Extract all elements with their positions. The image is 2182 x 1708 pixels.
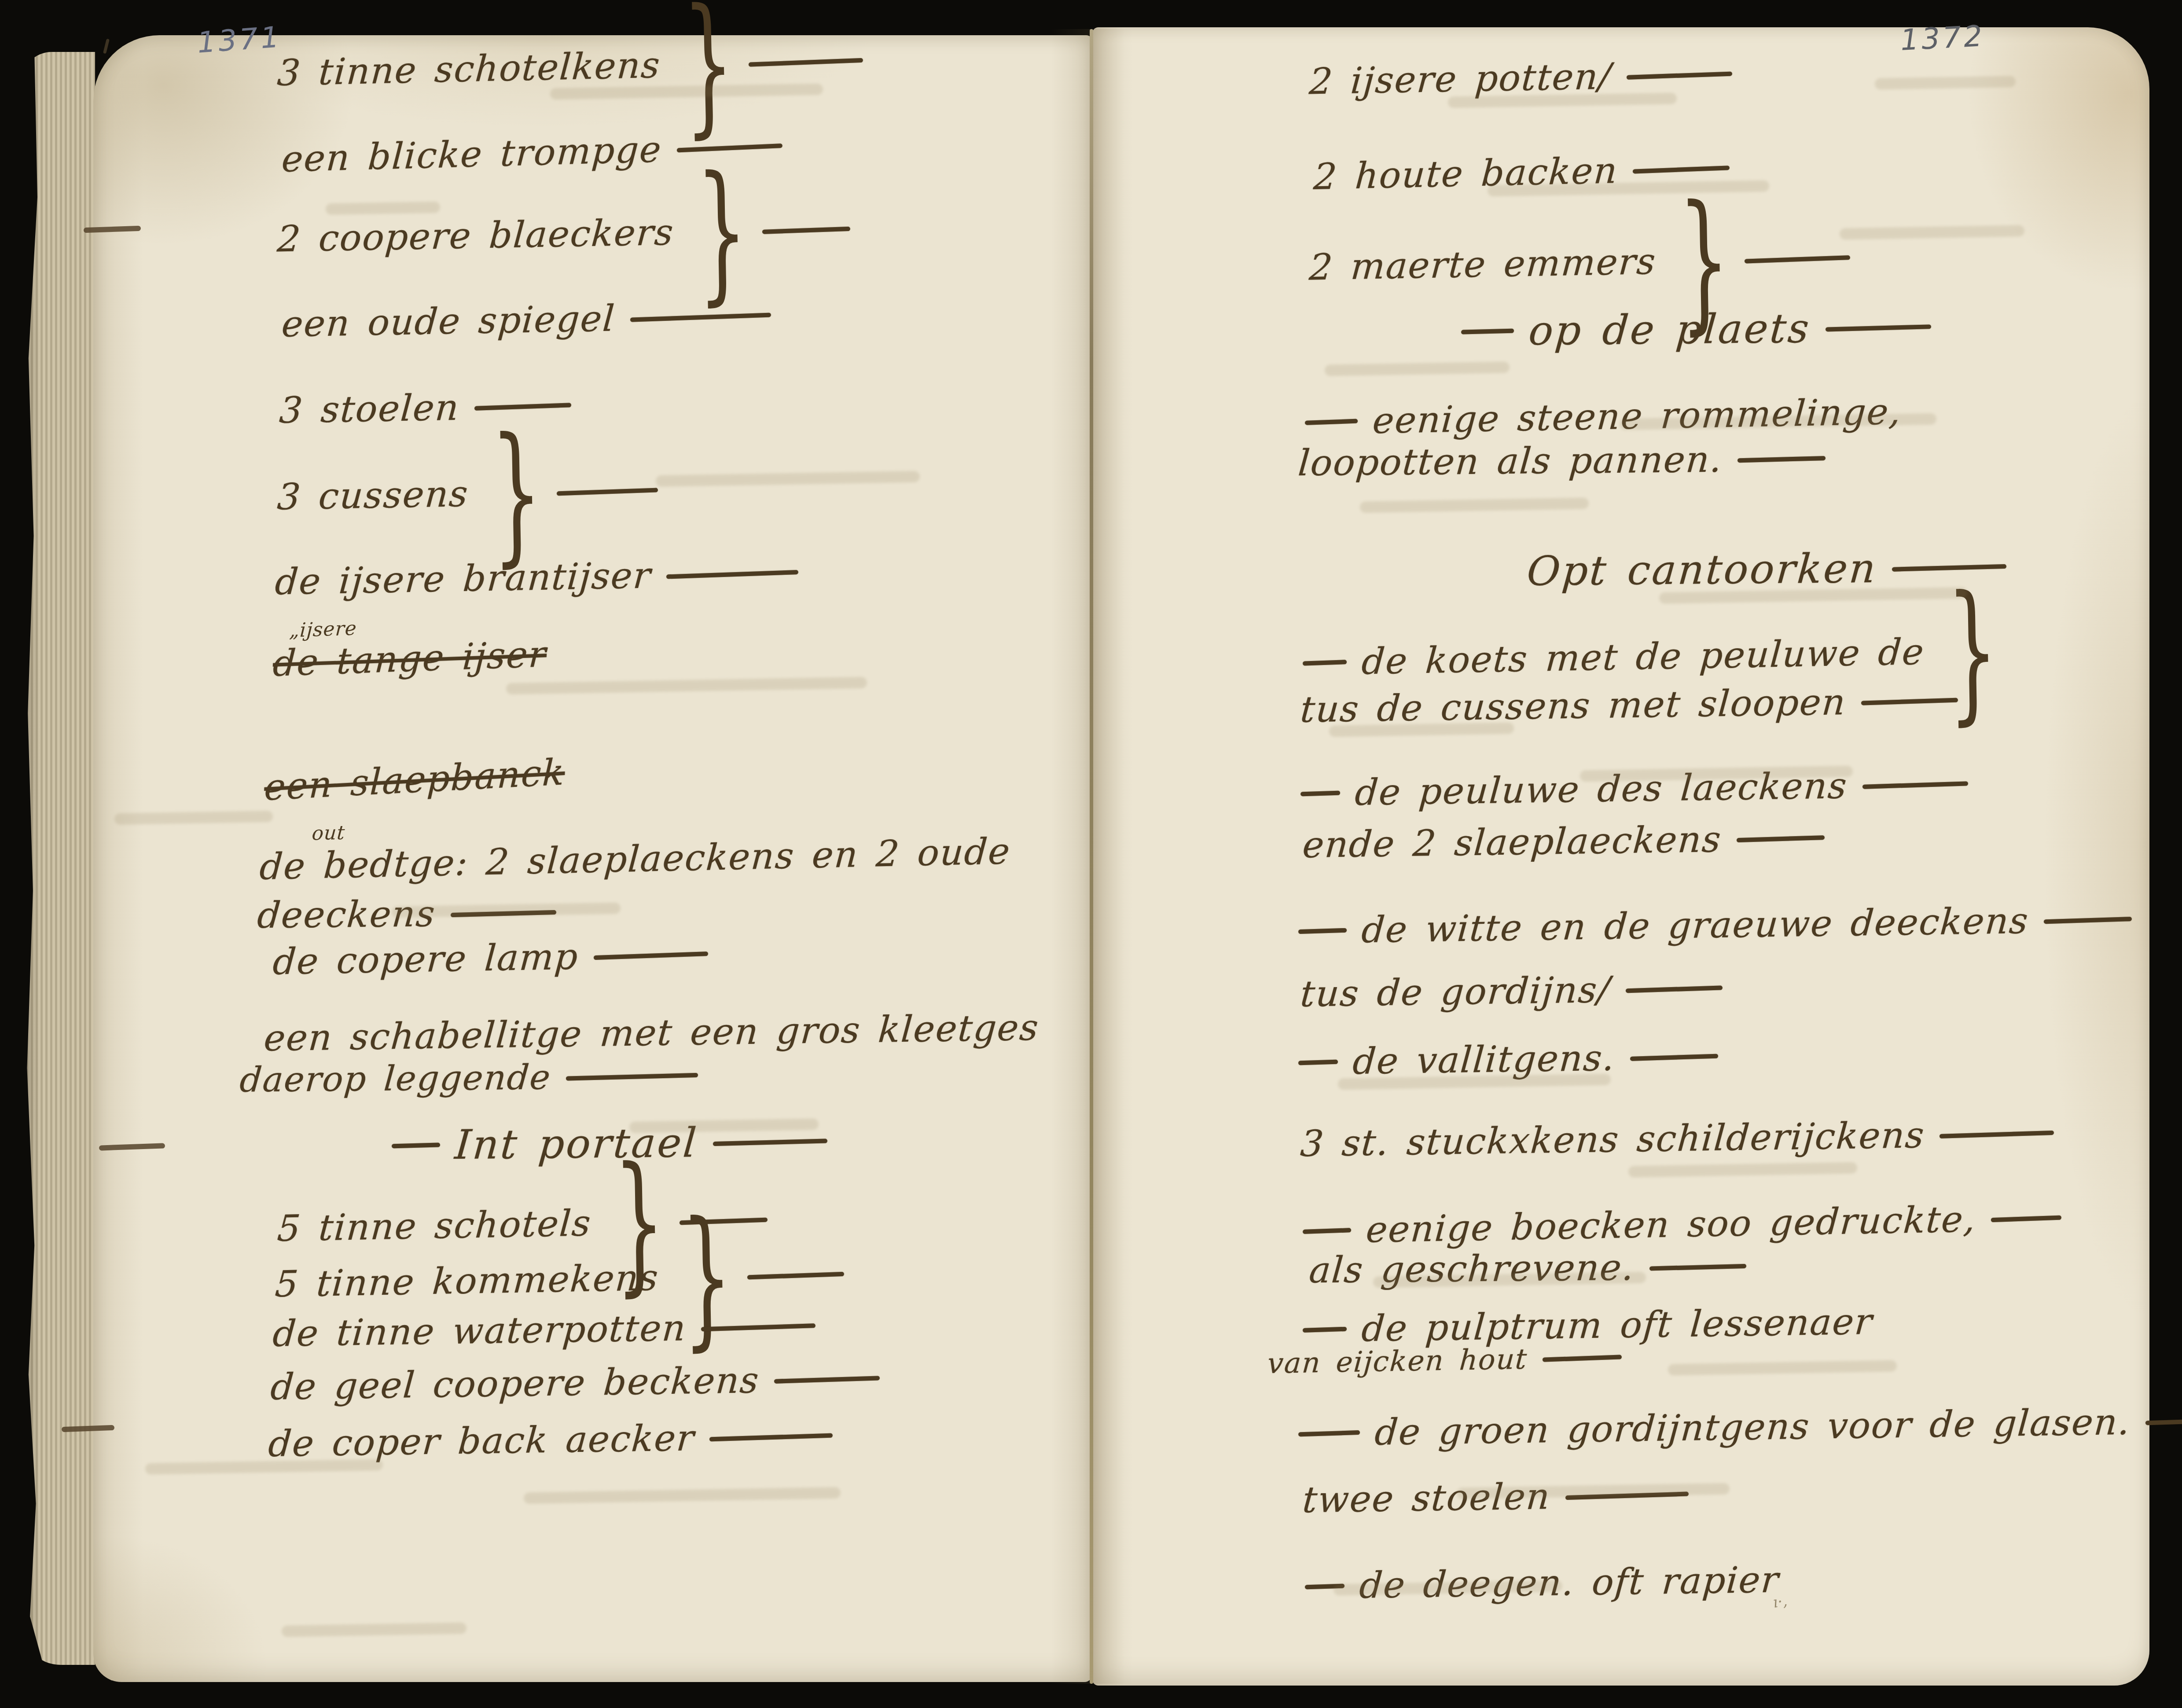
trailing-ink-dash — [1738, 456, 1826, 463]
line-text: de tinne waterpotten — [272, 1307, 688, 1355]
manuscript-line: een slaepbanck — [263, 751, 566, 809]
line-text: tus de gordijns/ — [1299, 969, 1613, 1015]
line-text: de geel coopere beckens — [269, 1359, 761, 1408]
line-text: de vallitgens. — [1352, 1037, 1617, 1083]
manuscript-line: als geschrevene. — [1309, 1246, 1747, 1292]
line-text: de peuluwe des laeckens — [1354, 765, 1849, 814]
manuscript-line: de geel coopere beckens — [270, 1358, 880, 1408]
line-text: de ijsere brantijser — [274, 555, 653, 603]
trailing-ink-dash — [747, 1271, 844, 1279]
manuscript-line: de peuluwe des laeckens — [1300, 763, 1968, 814]
trailing-ink-dash — [1627, 71, 1732, 79]
line-text: van eijcken hout — [1266, 1343, 1528, 1380]
manuscript-line: de koets met de peuluwe de} — [1302, 630, 1998, 684]
manuscript-line: de witte en de graeuwe deeckens — [1298, 899, 2132, 952]
manuscript-line: 2 maerte emmers} — [1309, 237, 1850, 288]
pen-tick-mark — [103, 39, 110, 54]
line-text: ende 2 slaeplaeckens — [1301, 819, 1723, 866]
trailing-ink-dash — [1861, 698, 1958, 705]
line-text: 5 tinne kommekens — [274, 1257, 660, 1305]
line-text: de coper back aecker — [267, 1417, 696, 1465]
manuscript-line: 5 tinne kommekens} — [275, 1254, 844, 1306]
grouping-brace: } — [697, 231, 747, 232]
book-gutter — [1090, 29, 1093, 1684]
line-text: 3 tinne schotelkens — [276, 44, 662, 94]
manuscript-line: de ijsere brantijser — [275, 552, 798, 603]
manuscript-line: van eijcken hout — [1267, 1341, 1622, 1380]
manuscript-line: Int portael — [392, 1118, 828, 1169]
line-text: de witte en de graeuwe deeckens — [1360, 900, 2031, 951]
trailing-ink-dash — [630, 312, 771, 322]
line-text: op de plaets — [1527, 305, 1812, 355]
manuscript-line: de groen gordijntgens voor de glasen. — [1298, 1399, 2182, 1455]
trailing-ink-dash — [701, 1323, 815, 1331]
leading-ink-dash — [1298, 1059, 1338, 1065]
interlinear-insertion: out — [311, 822, 346, 845]
manuscript-line: de deegen. oft rapier — [1304, 1559, 1779, 1607]
line-text: deeckens — [256, 893, 437, 937]
trailing-ink-dash — [1633, 165, 1730, 173]
trailing-ink-dash — [1745, 255, 1850, 263]
leading-ink-dash — [1303, 660, 1347, 665]
manuscript-line: de tange ijser„ijsere — [272, 633, 547, 685]
manuscript-line: daerop leggende — [240, 1056, 698, 1100]
manuscript-line: deeckens — [257, 892, 556, 937]
line-text: 2 ijsere potten/ — [1308, 55, 1613, 103]
line-text: een schabellitge met een gros kleetges — [263, 1007, 1041, 1060]
line-text: tus de cussens met sloopen — [1299, 681, 1848, 731]
line-text: een blicke trompge — [280, 129, 663, 180]
manuscript-line: 3 tinne schotelkens} — [277, 40, 863, 94]
line-text: de deegen. oft rapier — [1358, 1559, 1781, 1606]
grouping-brace: } — [1947, 651, 1998, 652]
line-text: Opt cantoorken — [1525, 545, 1879, 595]
grouping-brace: } — [492, 493, 542, 494]
manuscript-line: ende 2 slaeplaeckens — [1302, 817, 1825, 867]
manuscript-page-right: 2 ijsere potten/2 houte backen2 maerte e… — [1092, 27, 2149, 1686]
page-number-left: 1371 — [196, 20, 283, 59]
trailing-ink-dash — [1630, 1054, 1718, 1061]
trailing-ink-dash — [1736, 835, 1824, 842]
manuscript-line: 2 ijsere potten/ — [1309, 54, 1733, 103]
manuscript-line: 3 cussens} — [277, 470, 658, 518]
trailing-ink-dash — [1649, 1264, 1746, 1271]
manuscript-line: de tinne waterpotten — [272, 1305, 816, 1355]
trailing-ink-dash — [713, 1139, 827, 1146]
trailing-ink-dash — [1826, 324, 1931, 331]
trailing-ink-dash — [1626, 985, 1723, 993]
manuscript-line: twee stoelen — [1302, 1474, 1689, 1521]
manuscript-line: Opt cantoorken — [1527, 544, 2007, 595]
trailing-ink-dash — [709, 1433, 833, 1441]
leading-ink-dash — [1303, 1228, 1351, 1234]
manuscript-line: 2 coopere blaeckers} — [277, 209, 851, 261]
trailing-ink-dash — [557, 488, 658, 496]
manuscript-line: de coper back aecker — [268, 1415, 833, 1465]
line-text: eenige boecken soo gedruckte, — [1365, 1198, 1978, 1251]
grouping-brace: } — [683, 64, 734, 65]
trailing-ink-dash — [762, 226, 850, 234]
manuscript-line: tus de gordijns/ — [1300, 967, 1723, 1015]
interlinear-insertion: „ijsere — [289, 617, 357, 642]
line-text: als geschrevene. — [1308, 1247, 1636, 1292]
line-text: de bedtge: 2 slaeplaeckens en 2 oude — [258, 830, 1012, 888]
line-text: twee stoelen — [1301, 1476, 1552, 1521]
book-fore-edge-pages — [21, 52, 95, 1665]
trailing-ink-dash — [749, 58, 863, 66]
manuscript-line: de vallitgens. — [1298, 1036, 1718, 1083]
leading-ink-dash — [1300, 790, 1340, 796]
trailing-ink-dash — [566, 1073, 698, 1081]
leading-ink-dash — [1298, 1430, 1360, 1436]
trailing-ink-dash — [450, 910, 556, 917]
line-text: 2 coopere blaeckers — [276, 212, 676, 261]
manuscript-page-left: 3 tinne schotelkens}een blicke trompge2 … — [93, 35, 1092, 1682]
line-text: 3 stoelen — [278, 387, 461, 432]
line-text: 3 st. stuckxkens schilderijckens — [1299, 1114, 1926, 1165]
trailing-ink-dash — [593, 951, 708, 960]
manuscript-line: de bedtge: 2 slaeplaeckens en 2 oudeout — [259, 830, 1011, 888]
line-text: de koets met de peuluwe de — [1360, 631, 1926, 683]
leading-ink-dash — [1305, 419, 1358, 425]
grouping-brace: } — [1679, 261, 1730, 261]
trailing-ink-dash — [774, 1376, 880, 1384]
leading-ink-dash — [1298, 928, 1347, 933]
line-text: een oude spiegel — [280, 298, 617, 345]
line-text: 5 tinne schotels — [276, 1202, 593, 1250]
trailing-ink-dash — [1991, 1215, 2061, 1222]
manuscript-line: op de plaets — [1461, 304, 1932, 355]
manuscript-line: loopotten als pannen. — [1298, 438, 1826, 484]
line-text: 2 maerte emmers — [1308, 241, 1658, 289]
leading-ink-dash — [1461, 328, 1514, 334]
page-number-right: 1372 — [1899, 19, 1986, 57]
leading-ink-dash — [1305, 1583, 1344, 1589]
leading-ink-dash — [1303, 1326, 1347, 1332]
line-text: daerop leggende — [238, 1058, 552, 1100]
grouping-brace: } — [682, 1277, 732, 1278]
line-text: eenige steene rommelinge, — [1371, 391, 1903, 442]
trailing-ink-dash — [2044, 917, 2132, 924]
trailing-ink-dash — [1543, 1355, 1622, 1362]
grouping-brace: } — [614, 1222, 665, 1223]
trailing-ink-dash — [666, 570, 798, 579]
manuscript-line: 3 st. stuckxkens schilderijckens — [1300, 1113, 2054, 1165]
manuscript-line: een schabellitge met een gros kleetges — [264, 1007, 1039, 1060]
trailing-ink-dash — [1565, 1491, 1689, 1500]
trailing-ink-dash — [1940, 1130, 2054, 1138]
leading-ink-dash — [392, 1142, 440, 1148]
line-text: de copere lamp — [272, 936, 580, 983]
open-manuscript-book: 3 tinne schotelkens}een blicke trompge2 … — [0, 0, 2182, 1708]
manuscript-line: 2 houte backen — [1313, 147, 1730, 198]
trailing-ink-dash — [2145, 1417, 2182, 1425]
manuscript-line: eenige boecken soo gedruckte, — [1302, 1197, 2062, 1252]
manuscript-line: eenige steene rommelinge, — [1304, 391, 1902, 443]
line-text: loopotten als pannen. — [1297, 439, 1724, 484]
manuscript-line: de copere lamp — [272, 933, 708, 983]
trailing-ink-dash — [1862, 781, 1968, 789]
line-text: een slaepbanck — [264, 751, 566, 809]
line-text: 3 cussens — [276, 473, 470, 518]
manuscript-line: een oude spiegel — [281, 295, 771, 345]
line-text: de groen gordijntgens voor de glasen. — [1374, 1401, 2132, 1454]
line-text: 2 houte backen — [1312, 150, 1619, 198]
manuscript-line: tus de cussens met sloopen — [1300, 680, 1958, 731]
